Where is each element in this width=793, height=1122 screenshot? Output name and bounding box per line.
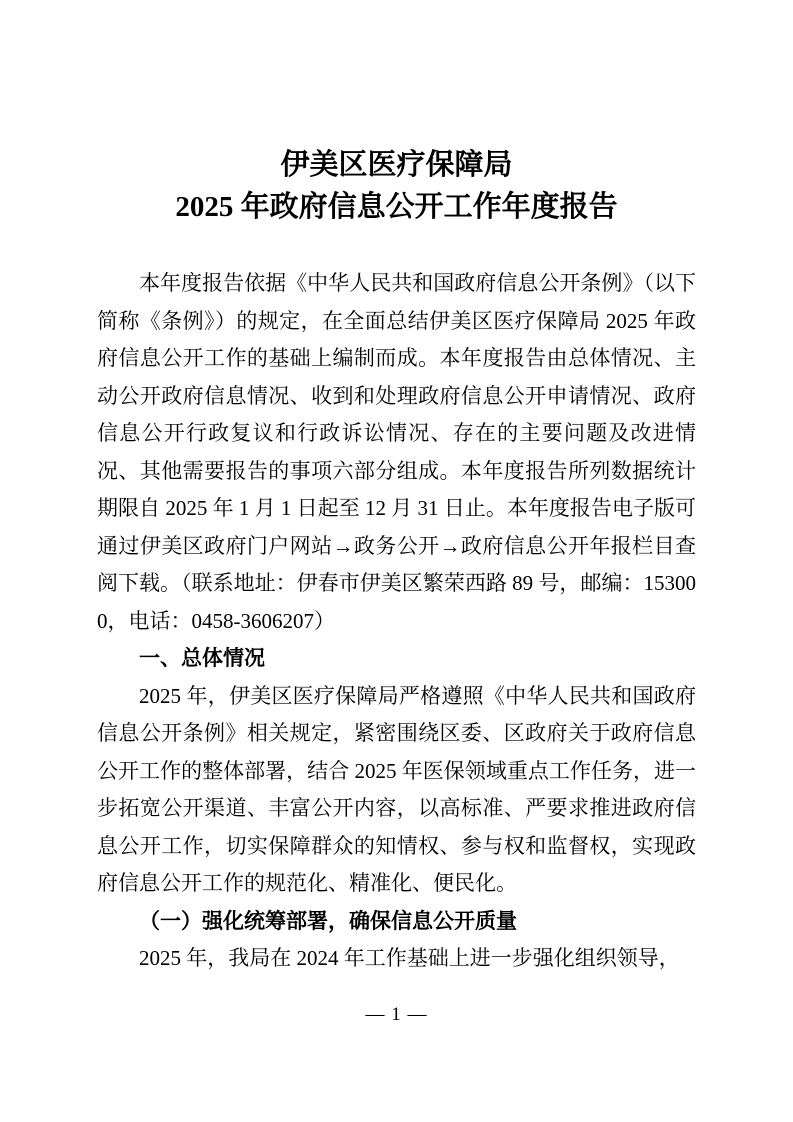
- document-title-line2: 2025 年政府信息公开工作年度报告: [175, 191, 617, 223]
- document-title: 伊美区医疗保障局 2025 年政府信息公开工作年度报告: [0, 0, 793, 228]
- document-page: 伊美区医疗保障局 2025 年政府信息公开工作年度报告 本年度报告依据《中华人民…: [0, 0, 793, 1122]
- subsection-heading-strengthen-planning: （一）强化统筹部署，确保信息公开质量: [97, 903, 696, 941]
- document-body: 本年度报告依据《中华人民共和国政府信息公开条例》（以下简称《条例》）的规定，在全…: [97, 265, 696, 978]
- intro-paragraph: 本年度报告依据《中华人民共和国政府信息公开条例》（以下简称《条例》）的规定，在全…: [97, 265, 696, 640]
- overall-situation-paragraph: 2025 年，伊美区医疗保障局严格遵照《中华人民共和国政府信息公开条例》相关规定…: [97, 678, 696, 903]
- section-heading-overall-situation: 一、总体情况: [97, 640, 696, 678]
- document-header: 伊美区医疗保障局 2025 年政府信息公开工作年度报告: [0, 0, 793, 228]
- strengthen-planning-paragraph: 2025 年，我局在 2024 年工作基础上进一步强化组织领导，: [97, 940, 696, 978]
- document-title-line1: 伊美区医疗保障局: [280, 149, 512, 181]
- page-number: — 1 —: [0, 1003, 793, 1027]
